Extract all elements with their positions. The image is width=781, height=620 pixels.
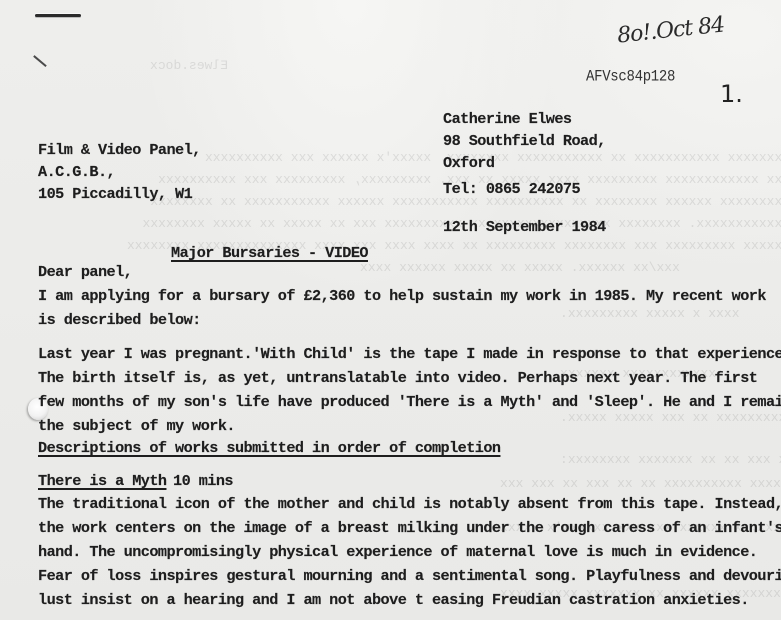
intro-paragraph-line: I am applying for a bursary of £2,360 to… bbox=[38, 287, 766, 305]
section-heading: Descriptions of works submitted in order… bbox=[38, 439, 500, 457]
sender-telephone: Tel: 0865 242075 bbox=[443, 180, 580, 198]
pen-scratch-mark bbox=[34, 55, 47, 66]
show-through-texture: x. x xxxxxxxx xxxxxxxxxx xx xx xxx xx xx… bbox=[500, 476, 781, 491]
page-number: 1. bbox=[720, 80, 743, 108]
recipient-line: 105 Piccadilly, W1 bbox=[38, 185, 192, 203]
show-through-texture: xxxxxx xxxxxxxxx xxx xxxxxxxx xxxxxxxxx … bbox=[10, 238, 781, 253]
work-description-line: Fear of loss inspires gestural mourning … bbox=[38, 567, 781, 585]
context-paragraph-line: Last year I was pregnant.'With Child' is… bbox=[38, 345, 781, 363]
context-paragraph-line: The birth itself is, as yet, untranslata… bbox=[38, 369, 757, 387]
show-through-texture: xxxxxxxxxxxx. xxxxxxxx xxxxxxxxxxxxxxx x… bbox=[10, 216, 781, 231]
letter-subject: Major Bursaries - VIDEO bbox=[171, 244, 368, 262]
work-duration: 10 mins bbox=[173, 472, 233, 490]
letter-page: Elwes.docx xxxxxxxx xxxxxxxxxxx xx xxxxx… bbox=[0, 0, 781, 620]
work-description-line: The traditional icon of the mother and c… bbox=[38, 495, 781, 513]
handwritten-note: 8o!.Oct 84 bbox=[616, 12, 725, 48]
salutation: Dear panel, bbox=[38, 263, 132, 281]
sender-address-line: Oxford bbox=[443, 154, 494, 172]
letter-date: 12th September 1984 bbox=[443, 218, 606, 236]
sender-name: Catherine Elwes bbox=[443, 110, 571, 128]
recipient-line: A.C.G.B., bbox=[38, 163, 115, 181]
work-description-line: hand. The uncompromisingly physical expe… bbox=[38, 543, 757, 561]
show-through-texture: xx xxx xx xx xxxxxxx xxxxxxxx: bbox=[560, 452, 781, 467]
sender-address-line: 98 Southfield Road, bbox=[443, 132, 606, 150]
show-through-texture: xxxx x xxxxx xxxxxxxxx. bbox=[560, 306, 739, 321]
work-description-line: the work centers on the image of a breas… bbox=[38, 519, 781, 537]
show-through-texture: xxx/xx xxxxxx. xxxxx xx xxxxx xxxxxx xxx… bbox=[360, 260, 680, 275]
staple-mark bbox=[35, 14, 81, 17]
work-title: There is a Myth bbox=[38, 472, 166, 490]
show-through-texture: xxxxxxxxxxx xx xxx xxxxx xxxxx. bbox=[560, 410, 781, 425]
context-paragraph-line: the subject of my work. bbox=[38, 417, 235, 435]
archive-reference-code: AFVsc84p128 bbox=[586, 68, 675, 86]
intro-paragraph-line: is described below: bbox=[38, 311, 201, 329]
context-paragraph-line: few months of my son's life have produce… bbox=[38, 393, 781, 411]
work-description-line: lust insist on a hearing and I am not ab… bbox=[38, 591, 749, 609]
show-through-texture: Elwes.docx bbox=[150, 58, 228, 73]
recipient-line: Film & Video Panel, bbox=[38, 141, 201, 159]
